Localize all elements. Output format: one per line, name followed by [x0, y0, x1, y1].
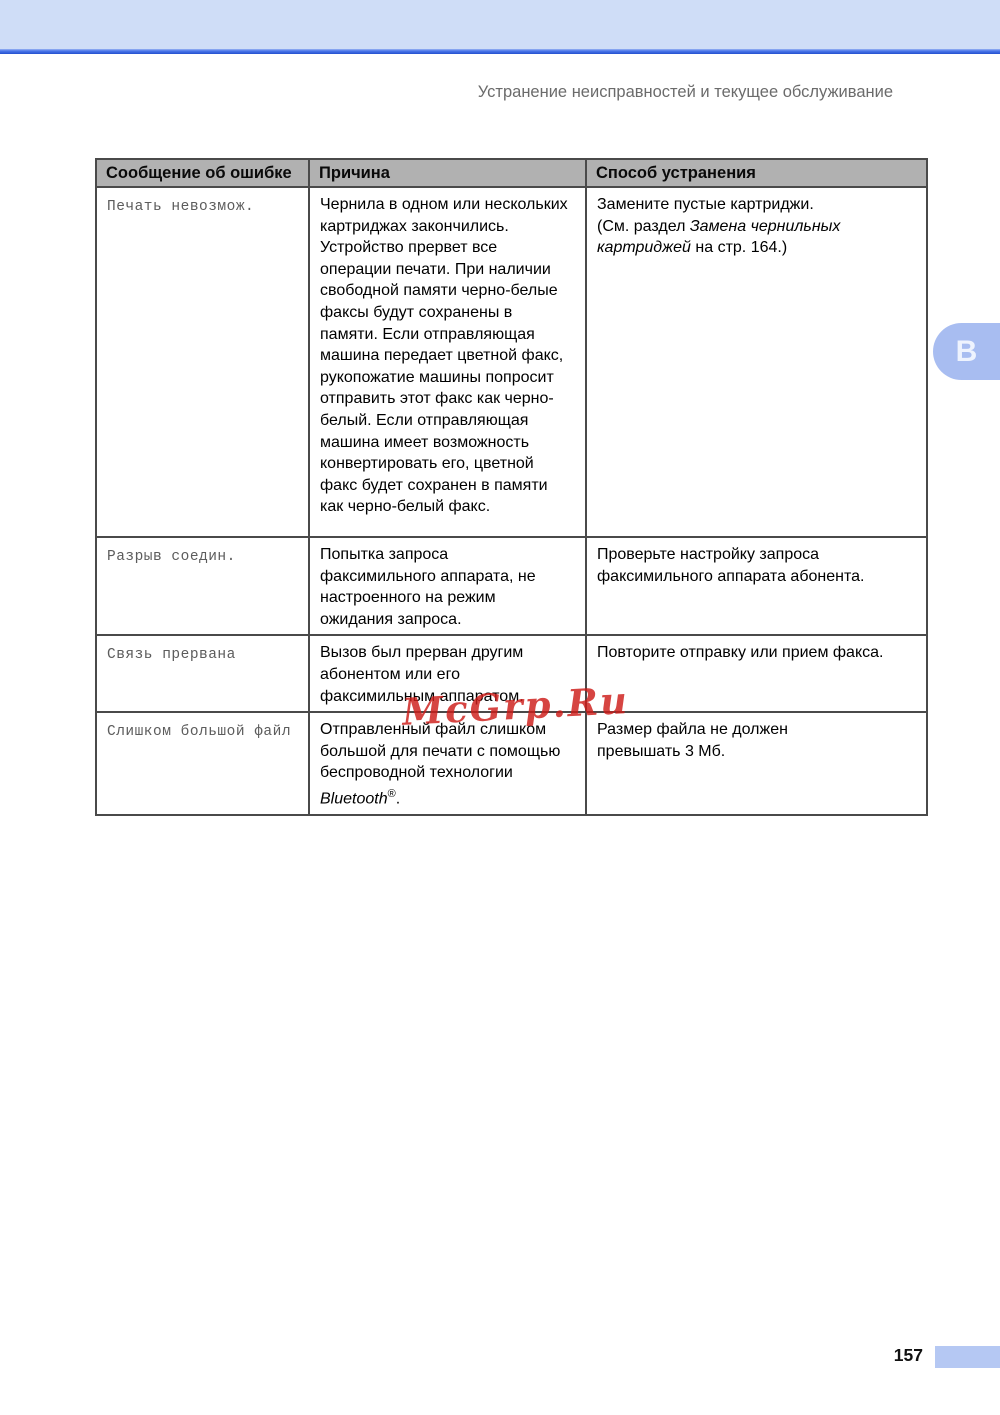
page-header-title: Устранение неисправностей и текущее обсл…: [478, 83, 893, 102]
remedy-ref-suffix: на стр. 164.): [691, 239, 787, 256]
remedy-text: Повторите отправку или прием факса.: [597, 642, 916, 664]
header-divider-line: [0, 49, 1000, 54]
remedy-reference: (См. раздел Замена чернильных картриджей…: [597, 216, 916, 259]
remedy-cell: Проверьте настройку запроса факсимильног…: [586, 537, 927, 635]
remedy-ref-prefix: (См. раздел: [597, 218, 690, 235]
remedy-text: Размер файла не должен превышать 3 Мб.: [597, 719, 855, 762]
remedy-cell: Размер файла не должен превышать 3 Мб.: [586, 712, 927, 815]
cause-text: Попытка запроса факсимильного аппарата, …: [320, 544, 555, 630]
cause-text-suffix: .: [396, 790, 400, 807]
chapter-side-tab: B: [933, 323, 1000, 380]
chapter-letter: B: [956, 335, 978, 369]
error-message-cell: Печать невозмож.: [96, 187, 309, 537]
cause-cell: Чернила в одном или нескольких картриджа…: [309, 187, 586, 537]
error-message-cell: Связь прервана: [96, 635, 309, 712]
error-message-cell: Разрыв соедин.: [96, 537, 309, 635]
cause-cell: Попытка запроса факсимильного аппарата, …: [309, 537, 586, 635]
registered-trademark-symbol: ®: [388, 788, 396, 800]
remedy-cell: Замените пустые картриджи. (См. раздел З…: [586, 187, 927, 537]
remedy-text: Проверьте настройку запроса факсимильног…: [597, 544, 916, 587]
table-row: Разрыв соедин. Попытка запроса факсимиль…: [96, 537, 927, 635]
table-row: Печать невозмож. Чернила в одном или нес…: [96, 187, 927, 537]
table-header-row: Сообщение об ошибке Причина Способ устра…: [96, 159, 927, 187]
bluetooth-brand-name: Bluetooth: [320, 790, 388, 807]
column-header-cause: Причина: [309, 159, 586, 187]
top-banner: [0, 0, 1000, 50]
error-message-cell: Слишком большой файл: [96, 712, 309, 815]
footer-accent-bar: [935, 1346, 1000, 1368]
column-header-error-message: Сообщение об ошибке: [96, 159, 309, 187]
column-header-remedy: Способ устранения: [586, 159, 927, 187]
cause-text: Отправленный файл слишком большой для пе…: [320, 719, 571, 810]
remedy-text: Замените пустые картриджи.: [597, 194, 916, 216]
page-number: 157: [855, 1345, 923, 1366]
cause-text: Чернила в одном или нескольких картриджа…: [320, 194, 571, 518]
remedy-cell: Повторите отправку или прием факса.: [586, 635, 927, 712]
